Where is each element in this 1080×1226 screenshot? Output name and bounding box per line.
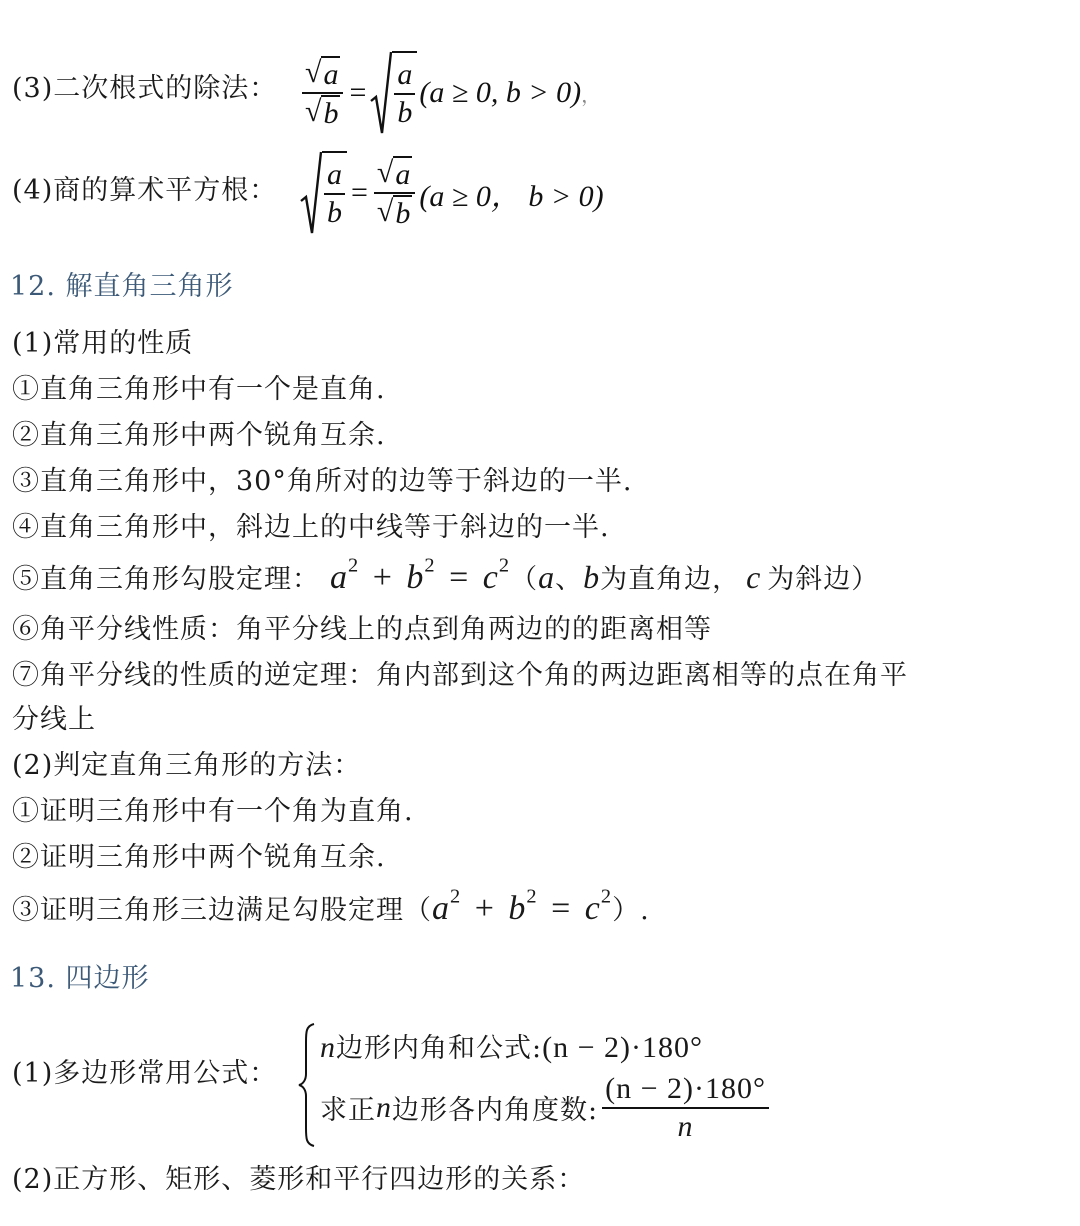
property-4: ④直角三角形中，斜边上的中线等于斜边的一半. <box>12 511 610 545</box>
numerator-a: a <box>321 56 340 92</box>
property-2: ②直角三角形中两个锐角互余. <box>12 419 386 453</box>
pythagoras-label: ⑤直角三角形勾股定理： <box>12 563 320 597</box>
sqrt-a-over-sqrt-b: √a √b <box>302 55 343 131</box>
numerator-a: a <box>324 157 345 193</box>
property-5-pythagoras: ⑤直角三角形勾股定理： a2 + b2 = c2 （ a 、 b 为直角边， c… <box>12 560 879 597</box>
equals-sign: = <box>349 76 366 110</box>
denominator-b: b <box>324 195 345 231</box>
property-6: ⑥角平分线性质：角平分线上的点到角两边的的距离相等 <box>12 613 712 647</box>
condition: (a ≥ 0, b > 0) <box>419 76 581 110</box>
denominator-b: b <box>321 95 340 131</box>
note-var-c: c <box>746 560 761 594</box>
denominator-b: b <box>394 95 415 131</box>
method-1: ①证明三角形中有一个角为直角. <box>12 795 414 829</box>
item-3-label: (3)二次根式的除法： <box>12 72 277 106</box>
section-13-heading: 13. 四边形 <box>10 962 150 996</box>
property-7-line-2: 分线上 <box>12 703 96 737</box>
method-3-end: ）. <box>612 894 650 928</box>
note-legs: 为直角边， <box>600 563 740 597</box>
sqrt-a-over-sqrt-b: √a √b <box>374 155 415 231</box>
equals-sign: = <box>351 176 368 210</box>
numerator-a: a <box>393 156 412 192</box>
item-3-formula: √a √b = a b (a ≥ 0, b > 0) ， <box>300 48 601 138</box>
note-open: （ <box>510 563 538 597</box>
property-1: ①直角三角形中有一个是直角. <box>12 373 386 407</box>
method-3-label: ③证明三角形三边满足勾股定理（ <box>12 894 432 928</box>
left-brace-icon <box>298 1022 316 1148</box>
method-3: ③证明三角形三边满足勾股定理（ a2 + b2 = c2 ）. <box>12 892 650 928</box>
trailing-comma: ， <box>581 79 601 108</box>
section-13-sub-2: (2)正方形、矩形、菱形和平行四边形的关系： <box>12 1163 585 1197</box>
method-3-formula: a2 + b2 = c2 <box>432 892 612 926</box>
item-4-formula: a b = √a √b (a ≥ 0， b > 0) <box>300 148 604 238</box>
pythagoras-formula: a2 + b2 = c2 <box>330 561 510 595</box>
property-3: ③直角三角形中，30°角所对的边等于斜边的一半. <box>12 465 632 499</box>
numerator-a: a <box>394 57 415 93</box>
note-var-a: a <box>538 560 555 594</box>
sqrt-of-fraction: a b <box>370 51 417 135</box>
property-7-line-1: ⑦角平分线的性质的逆定理：角内部到这个角的两边距离相等的点在角平 <box>12 659 908 693</box>
interior-angle-sum: n边形内角和公式:(n − 2)·180° <box>320 1026 771 1071</box>
angle-fraction: (n − 2)·180° n <box>602 1071 769 1145</box>
section-12-heading: 12. 解直角三角形 <box>10 270 234 304</box>
item-4-label: (4)商的算术平方根： <box>12 174 277 208</box>
note-separator: 、 <box>555 563 583 597</box>
regular-polygon-angle: 求正n边形各内角度数: (n − 2)·180° n <box>320 1071 771 1145</box>
method-2: ②证明三角形中两个锐角互余. <box>12 841 386 875</box>
polygon-formulas: n边形内角和公式:(n − 2)·180° 求正n边形各内角度数: (n − 2… <box>298 1022 771 1148</box>
note-hypotenuse: 为斜边） <box>767 563 879 597</box>
section-13-sub-1-label: (1)多边形常用公式： <box>12 1057 277 1091</box>
denominator-b: b <box>393 195 412 231</box>
section-12-sub-1: (1)常用的性质 <box>12 327 193 361</box>
note-var-b: b <box>583 560 600 594</box>
sqrt-of-fraction: a b <box>300 151 347 235</box>
section-12-sub-2: (2)判定直角三角形的方法： <box>12 749 361 783</box>
condition: (a ≥ 0， b > 0) <box>419 171 603 215</box>
